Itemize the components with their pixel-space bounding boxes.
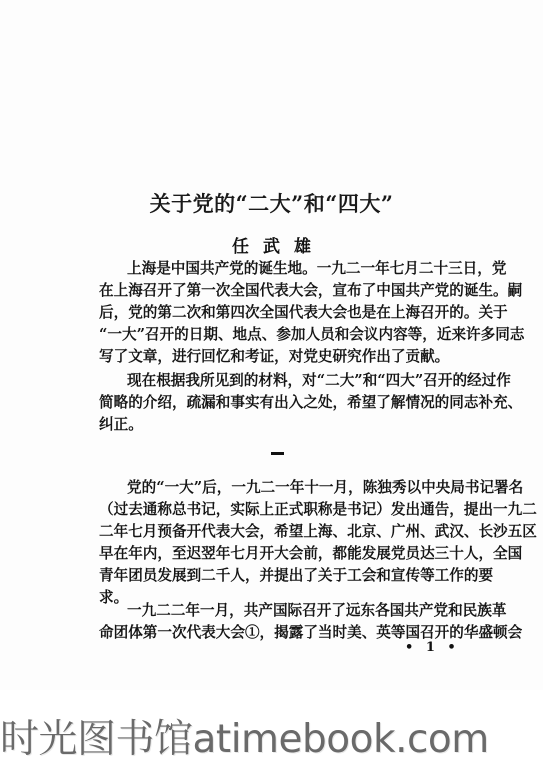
watermark-text: 时光图书馆atimebook.com <box>0 712 543 768</box>
text-line: 上海是中国共产党的诞生地。一九二一年七月二十三日，党 <box>99 258 457 280</box>
text-line: 早在年内，至迟翌年七月开大会前，都能发展党员达三十人，全国 <box>99 543 457 565</box>
text-line: 现在根据我所见到的材料，对“二大”和“四大”召开的经过作 <box>99 370 457 392</box>
article-title: 关于党的“二大”和“四大” <box>0 188 543 218</box>
intro-paragraph-1: 上海是中国共产党的诞生地。一九二一年七月二十三日，党 在上海召开了第一次全国代表… <box>99 258 457 368</box>
text-line: （过去通称总书记，实际上正式职称是书记）发出通告，提出一九二 <box>99 499 457 521</box>
intro-paragraph-2: 现在根据我所见到的材料，对“二大”和“四大”召开的经过作 简略的介绍，疏漏和事实… <box>99 370 457 436</box>
text-line: 简略的介绍，疏漏和事实有出入之处，希望了解情况的同志补充、 <box>99 392 457 414</box>
document-page: 关于党的“二大”和“四大” 任武雄 上海是中国共产党的诞生地。一九二一年七月二十… <box>0 0 543 690</box>
text-line: 在上海召开了第一次全国代表大会，宣布了中国共产党的诞生。嗣 <box>99 280 457 302</box>
text-line: “一大”召开的日期、地点、参加人员和会议内容等，近来许多同志 <box>99 324 457 346</box>
text-line: 党的“一大”后，一九二一年十一月，陈独秀以中央局书记署名 <box>99 477 457 499</box>
text-line: 青年团员发展到二千人，并提出了关于工会和宣传等工作的要 <box>99 565 457 587</box>
section1-paragraph-1: 党的“一大”后，一九二一年十一月，陈独秀以中央局书记署名 （过去通称总书记，实际… <box>99 477 457 609</box>
text-line: 纠正。 <box>99 414 457 436</box>
text-line: 一九二二年一月，共产国际召开了远东各国共产党和民族革 <box>99 600 457 622</box>
text-line: 写了文章，进行回忆和考证，对党史研究作出了贡献。 <box>99 346 457 368</box>
text-line: 命团体第一次代表大会①，揭露了当时美、英等国召开的华盛顿会 <box>99 622 457 644</box>
text-line: 二年七月预备开代表大会，希望上海、北京、广州、武汉、长沙五区 <box>99 521 457 543</box>
article-author: 任武雄 <box>0 232 543 257</box>
text-line: 后，党的第二次和第四次全国代表大会也是在上海召开的。关于 <box>99 302 457 324</box>
section-number-one <box>271 452 284 455</box>
page-number: • 1 • <box>405 640 460 655</box>
section1-paragraph-2: 一九二二年一月，共产国际召开了远东各国共产党和民族革 命团体第一次代表大会①，揭… <box>99 600 457 644</box>
